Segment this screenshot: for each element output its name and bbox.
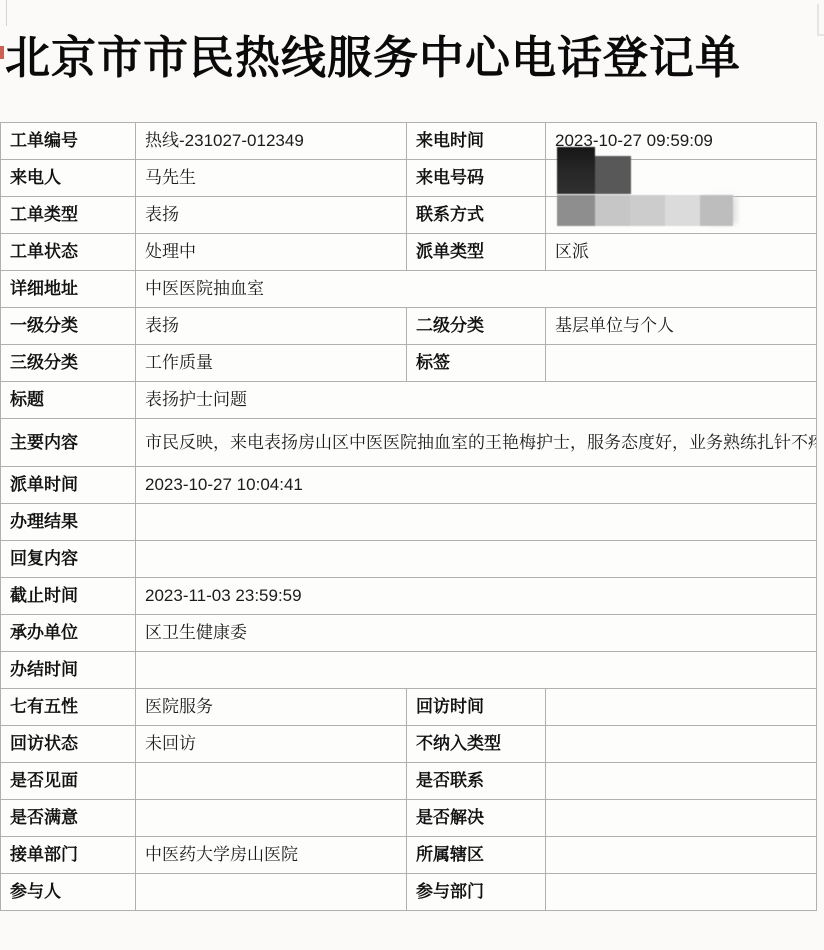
table-row: 截止时间 2023-11-03 23:59:59 (1, 578, 817, 615)
tag-label: 标签 (407, 345, 546, 382)
excluded-type-value (546, 726, 817, 763)
completion-time-value (136, 652, 817, 689)
table-row: 是否满意 是否解决 (1, 800, 817, 837)
handling-result-value (136, 504, 817, 541)
dispatch-time-value: 2023-10-27 10:04:41 (136, 467, 817, 504)
met-in-person-value (136, 763, 407, 800)
satisfied-label: 是否满意 (1, 800, 136, 837)
mosaic-block (595, 156, 631, 194)
table-row: 工单编号 热线-231027-012349 来电时间 2023-10-27 09… (1, 123, 817, 160)
table-row: 参与人 参与部门 (1, 874, 817, 911)
completion-time-label: 办结时间 (1, 652, 136, 689)
handling-result-label: 办理结果 (1, 504, 136, 541)
mosaic-block (700, 195, 733, 226)
contacted-value (546, 763, 817, 800)
main-content-label: 主要内容 (1, 419, 136, 467)
resolved-label: 是否解决 (407, 800, 546, 837)
table-row: 一级分类 表扬 二级分类 基层单位与个人 (1, 308, 817, 345)
dispatch-type-value: 区派 (546, 234, 817, 271)
mosaic-block (557, 147, 595, 194)
contact-method-label: 联系方式 (407, 197, 546, 234)
tag-value (546, 345, 817, 382)
call-time-label: 来电时间 (407, 123, 546, 160)
callback-time-label: 回访时间 (407, 689, 546, 726)
callback-status-label: 回访状态 (1, 726, 136, 763)
callback-status-value: 未回访 (136, 726, 407, 763)
table-row: 主要内容 市民反映，来电表扬房山区中医医院抽血室的王艳梅护士，服务态度好，业务熟… (1, 419, 817, 467)
table-row: 是否见面 是否联系 (1, 763, 817, 800)
title-value: 表扬护士问题 (136, 382, 817, 419)
contacted-label: 是否联系 (407, 763, 546, 800)
table-row: 办理结果 (1, 504, 817, 541)
red-edge-mark (0, 46, 4, 59)
order-type-label: 工单类型 (1, 197, 136, 234)
dispatch-time-label: 派单时间 (1, 467, 136, 504)
reply-content-label: 回复内容 (1, 541, 136, 578)
reply-content-value (136, 541, 817, 578)
order-status-label: 工单状态 (1, 234, 136, 271)
level1-category-value: 表扬 (136, 308, 407, 345)
table-row: 标题 表扬护士问题 (1, 382, 817, 419)
table-row: 办结时间 (1, 652, 817, 689)
resolved-value (546, 800, 817, 837)
deadline-label: 截止时间 (1, 578, 136, 615)
receiving-dept-label: 接单部门 (1, 837, 136, 874)
mosaic-block (630, 195, 665, 226)
dispatch-type-label: 派单类型 (407, 234, 546, 271)
page-title: 北京市市民热线服务中心电话登记单 (5, 21, 741, 86)
seven-five-attr-label: 七有五性 (1, 689, 136, 726)
participant-label: 参与人 (1, 874, 136, 911)
caller-name-label: 来电人 (1, 160, 136, 197)
table-row: 来电人 马先生 来电号码 (1, 160, 817, 197)
title-label: 标题 (1, 382, 136, 419)
detailed-address-value: 中医医院抽血室 (136, 271, 817, 308)
table-row: 承办单位 区卫生健康委 (1, 615, 817, 652)
excluded-type-label: 不纳入类型 (407, 726, 546, 763)
seven-five-attr-value: 医院服务 (136, 689, 407, 726)
detailed-address-label: 详细地址 (1, 271, 136, 308)
jurisdiction-label: 所属辖区 (407, 837, 546, 874)
table-row: 回复内容 (1, 541, 817, 578)
participating-dept-label: 参与部门 (407, 874, 546, 911)
callback-time-value (546, 689, 817, 726)
faint-corner-bracket (817, 4, 824, 36)
order-status-value: 处理中 (136, 234, 407, 271)
table-row: 七有五性 医院服务 回访时间 (1, 689, 817, 726)
work-order-no-label: 工单编号 (1, 123, 136, 160)
deadline-value: 2023-11-03 23:59:59 (136, 578, 817, 615)
level1-category-label: 一级分类 (1, 308, 136, 345)
participant-value (136, 874, 407, 911)
table-row: 工单状态 处理中 派单类型 区派 (1, 234, 817, 271)
main-content-text: 市民反映，来电表扬房山区中医医院抽血室的王艳梅护士，服务态度好，业务熟练扎针不疼… (145, 432, 767, 454)
met-in-person-label: 是否见面 (1, 763, 136, 800)
caller-number-label: 来电号码 (407, 160, 546, 197)
table-row: 三级分类 工作质量 标签 (1, 345, 817, 382)
satisfied-value (136, 800, 407, 837)
level2-category-label: 二级分类 (407, 308, 546, 345)
mosaic-block (595, 195, 630, 226)
receiving-dept-value: 中医药大学房山医院 (136, 837, 407, 874)
table-row: 回访状态 未回访 不纳入类型 (1, 726, 817, 763)
participating-dept-value (546, 874, 817, 911)
order-type-value: 表扬 (136, 197, 407, 234)
level2-category-value: 基层单位与个人 (546, 308, 817, 345)
jurisdiction-value (546, 837, 817, 874)
mosaic-block (557, 195, 595, 226)
registration-form-table: 工单编号 热线-231027-012349 来电时间 2023-10-27 09… (0, 122, 817, 911)
caller-name-value: 马先生 (136, 160, 407, 197)
undertaking-unit-label: 承办单位 (1, 615, 136, 652)
table-row: 接单部门 中医药大学房山医院 所属辖区 (1, 837, 817, 874)
level3-category-value: 工作质量 (136, 345, 407, 382)
table-row: 详细地址 中医医院抽血室 (1, 271, 817, 308)
table-row: 派单时间 2023-10-27 10:04:41 (1, 467, 817, 504)
work-order-no-value: 热线-231027-012349 (136, 123, 407, 160)
level3-category-label: 三级分类 (1, 345, 136, 382)
main-content-value: 市民反映，来电表扬房山区中医医院抽血室的王艳梅护士，服务态度好，业务熟练扎针不疼… (136, 419, 817, 467)
mosaic-block (665, 195, 700, 226)
undertaking-unit-value: 区卫生健康委 (136, 615, 817, 652)
